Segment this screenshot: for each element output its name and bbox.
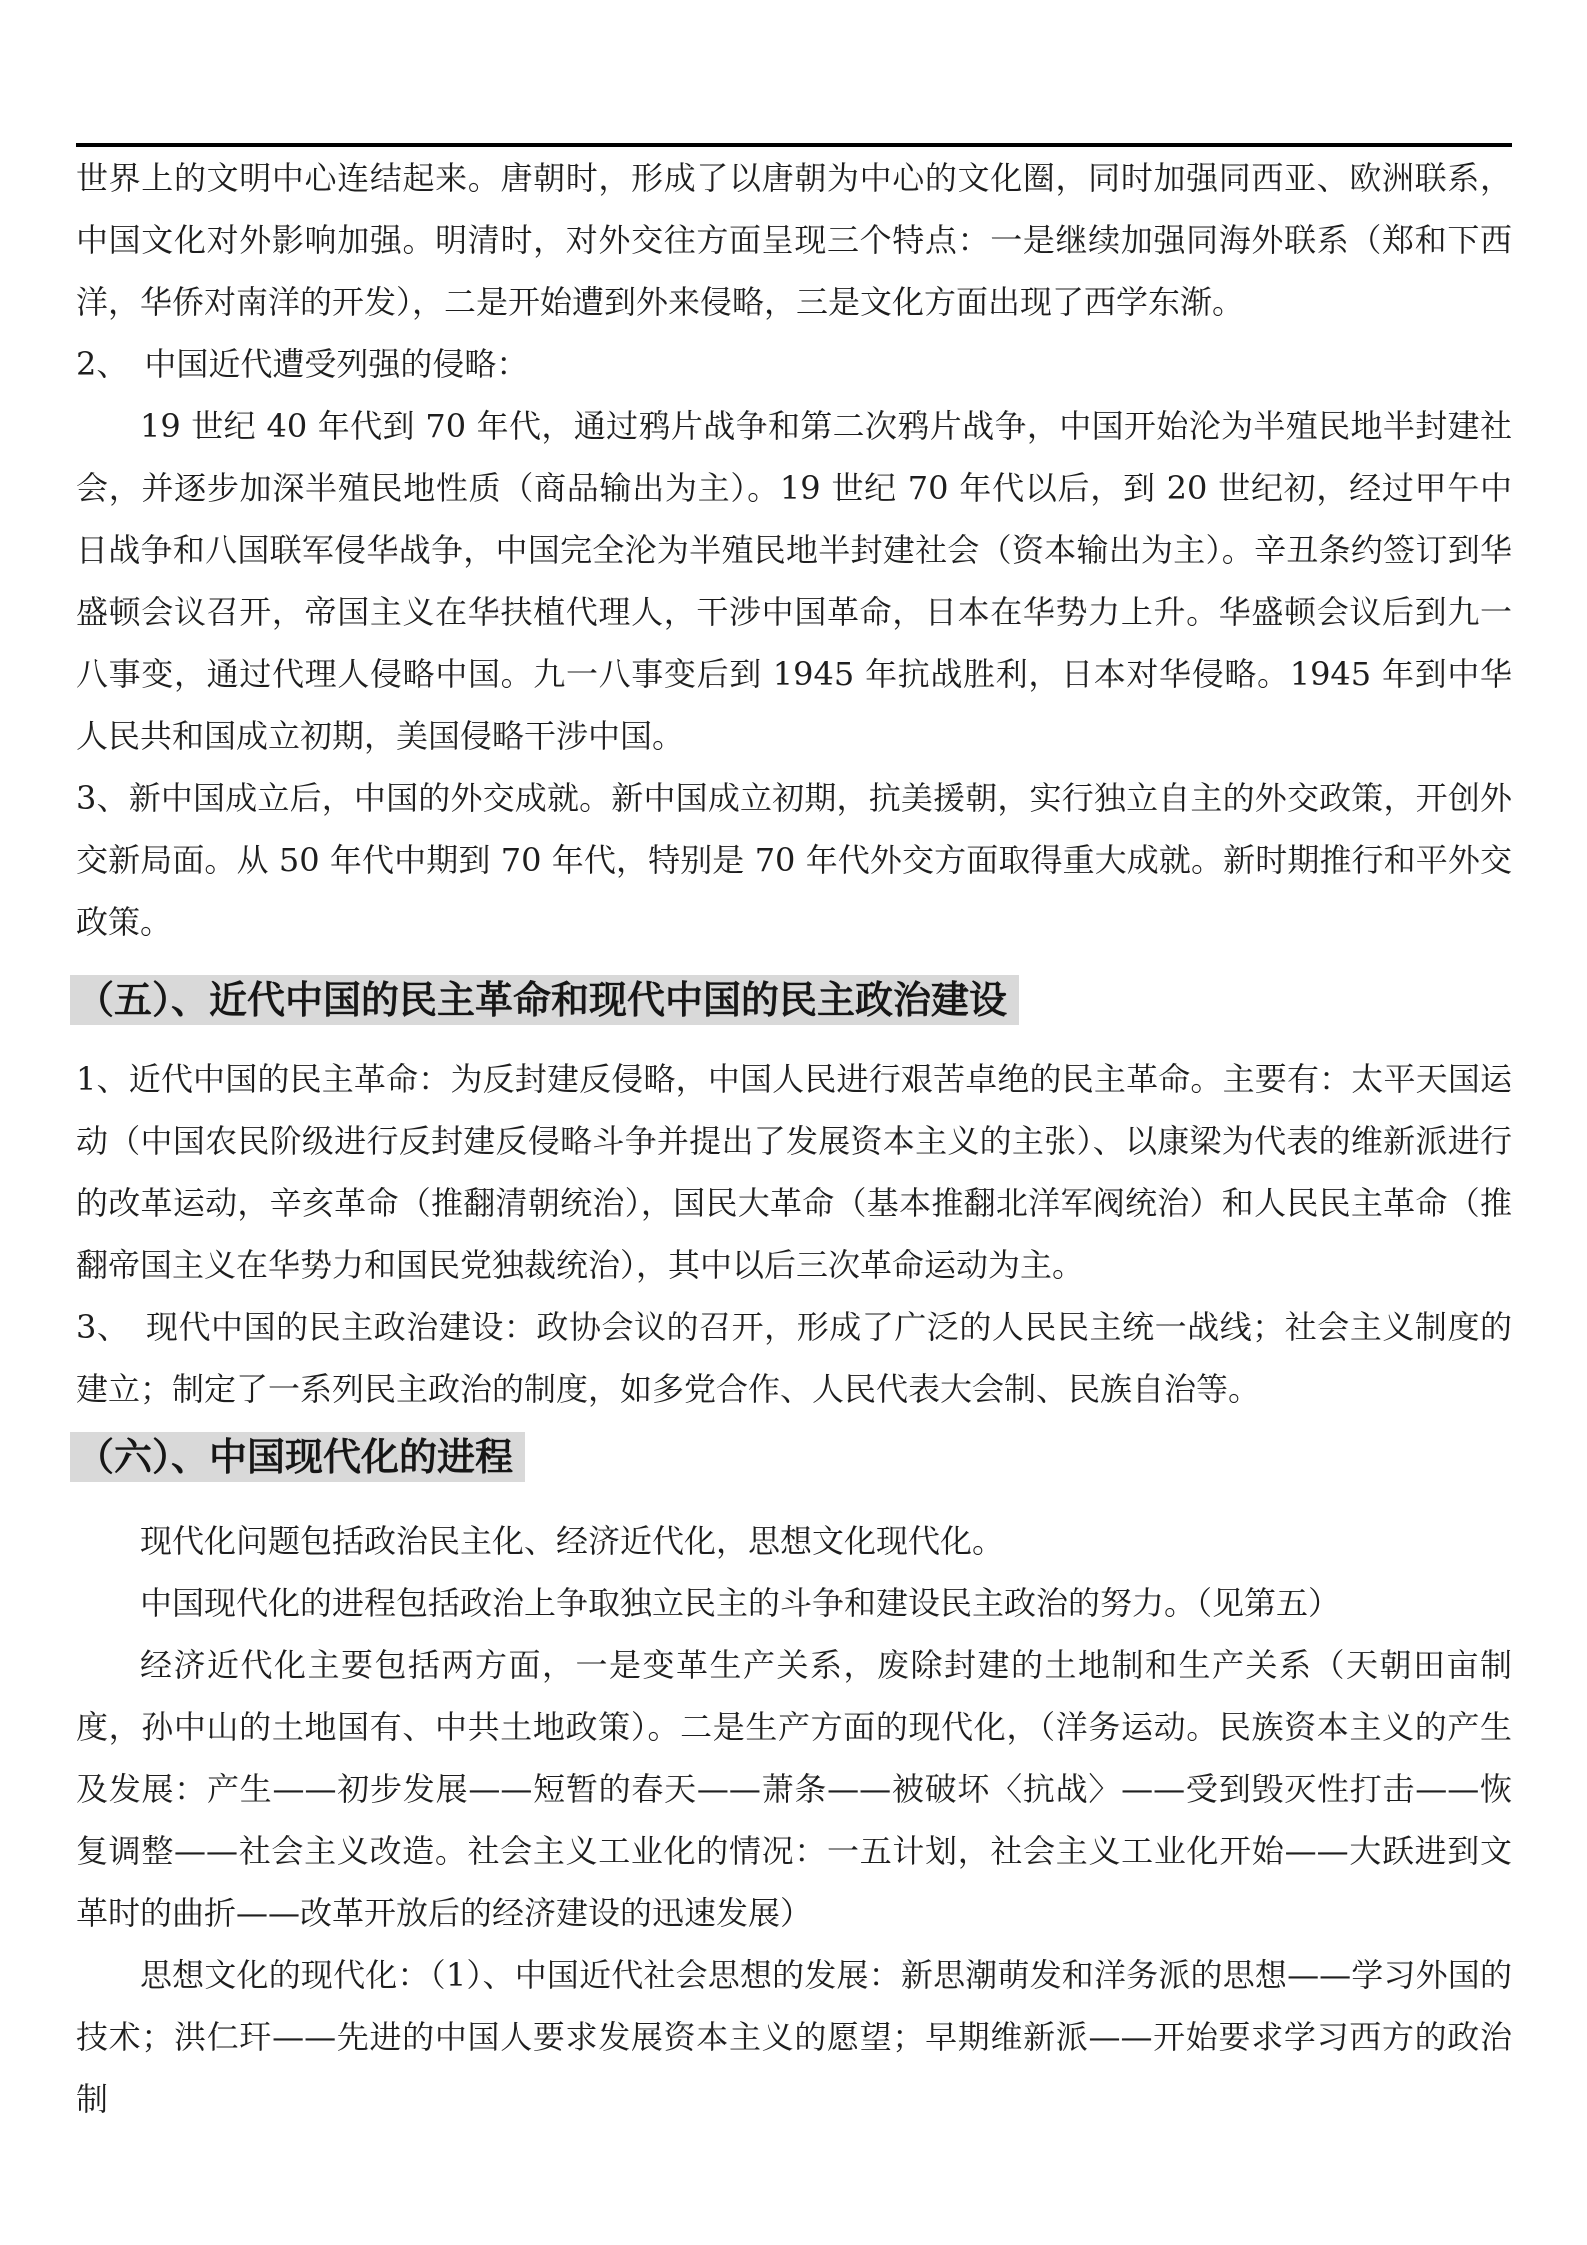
list-item-3-new-china-diplomacy: 3、新中国成立后，中国的外交成就。新中国成立初期，抗美援朝，实行独立自主的外交政…	[76, 767, 1512, 953]
list-item-2-modern-invasions-title: 2、 中国近代遭受列强的侵略：	[76, 333, 1512, 395]
paragraph-foreign-relations-ancient: 世界上的文明中心连结起来。唐朝时，形成了以唐朝为中心的文化圈，同时加强同西亚、欧…	[76, 147, 1512, 333]
paragraph-economic-modernization: 经济近代化主要包括两方面，一是变革生产关系，废除封建的土地制和生产关系（天朝田亩…	[76, 1634, 1512, 1944]
document-content: 世界上的文明中心连结起来。唐朝时，形成了以唐朝为中心的文化圈，同时加强同西亚、欧…	[76, 0, 1512, 2130]
paragraph-ideological-modernization: 思想文化的现代化：（1）、中国近代社会思想的发展：新思潮萌发和洋务派的思想——学…	[76, 1944, 1512, 2130]
list-item-1-democratic-revolution: 1、近代中国的民主革命：为反封建反侵略，中国人民进行艰苦卓绝的民主革命。主要有：…	[76, 1048, 1512, 1296]
paragraph-modernization-scope: 现代化问题包括政治民主化、经济近代化，思想文化现代化。	[76, 1510, 1512, 1572]
paragraph-semicolonial-process: 19 世纪 40 年代到 70 年代，通过鸦片战争和第二次鸦片战争，中国开始沦为…	[76, 395, 1512, 767]
section-heading-5-democratic-revolution: （五）、近代中国的民主革命和现代中国的民主政治建设	[70, 975, 1019, 1025]
document-page: 世界上的文明中心连结起来。唐朝时，形成了以唐朝为中心的文化圈，同时加强同西亚、欧…	[0, 0, 1587, 2245]
section-heading-6-modernization-progress: （六）、中国现代化的进程	[70, 1432, 525, 1482]
paragraph-modernization-political: 中国现代化的进程包括政治上争取独立民主的斗争和建设民主政治的努力。（见第五）	[76, 1572, 1512, 1634]
list-item-3-democratic-politics: 3、 现代中国的民主政治建设：政协会议的召开，形成了广泛的人民民主统一战线；社会…	[76, 1296, 1512, 1420]
